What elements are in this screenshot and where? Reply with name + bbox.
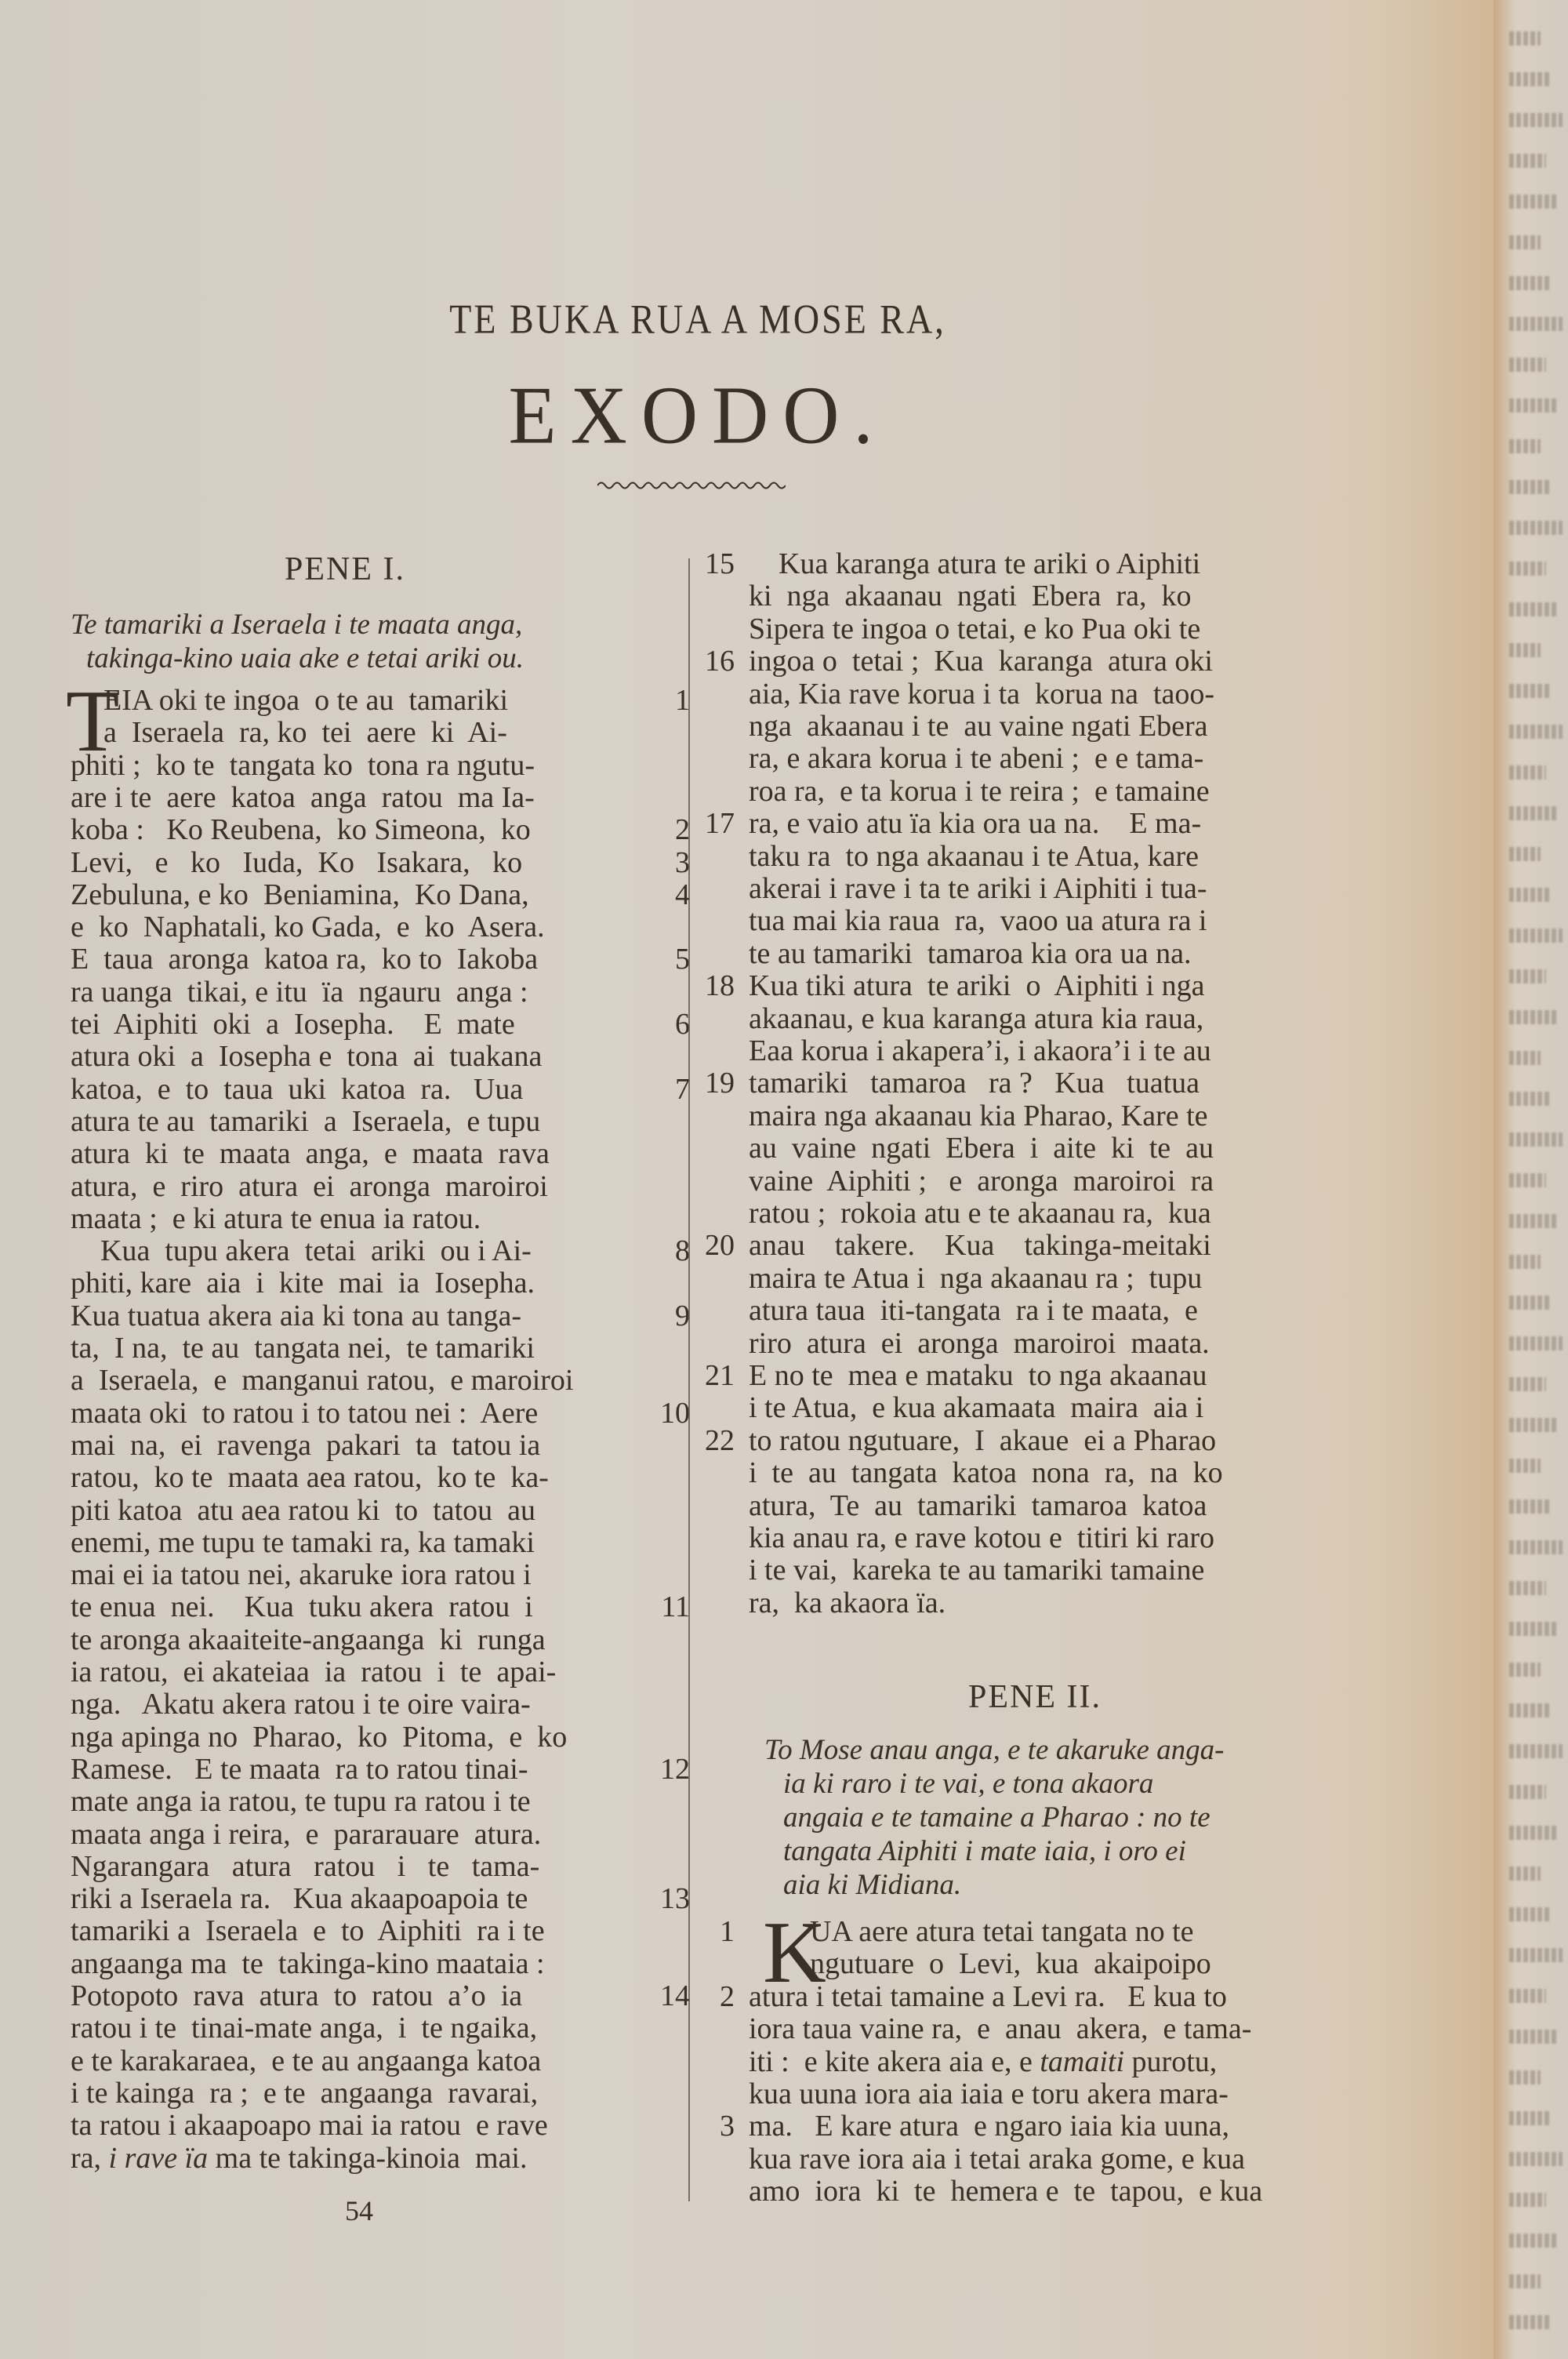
text-line: i te kainga ra ; e te angaanga ravarai, (71, 2077, 690, 2110)
verse-number: 12 (635, 1753, 690, 1787)
text-line: ngutuare o Levi, kua akaipoipo (810, 1947, 1429, 1981)
text-line: nga apinga no Pharao, ko Pitoma, e ko (71, 1721, 690, 1754)
text-line: Kua tiki atura te ariki o Aiphiti i nga (749, 969, 1368, 1003)
text-line: ta ratou i akaapoapo mai ia ratou e rave (71, 2109, 690, 2143)
adjacent-page-ghost-text (1509, 1214, 1557, 1228)
text-line: ia ratou, ei akateiaa ia ratou i te apai… (71, 1656, 690, 1689)
wavy-rule-ornament (597, 480, 786, 491)
text-line: tamariki a Iseraela e to Aiphiti ra i te (71, 1914, 690, 1948)
adjacent-page-ghost-text (1509, 806, 1557, 820)
adjacent-page-ghost-text (1509, 2070, 1541, 2085)
adjacent-page-ghost-text (1509, 684, 1552, 698)
text-line: ma. E kare atura e ngaro iaia kia uuna, (749, 2110, 1368, 2143)
adjacent-page-ghost-text (1509, 725, 1563, 739)
adjacent-page-ghost-text (1509, 643, 1541, 657)
adjacent-page-ghost-text (1509, 1540, 1563, 1554)
adjacent-page-ghost-text (1509, 1948, 1563, 1962)
adjacent-page-ghost-text (1509, 1989, 1546, 2003)
adjacent-page-ghost-text (1509, 317, 1563, 331)
text-line: atura, e riro atura ei aronga maroiroi (71, 1170, 690, 1204)
text-line: atura ki te maata anga, e maata rava (71, 1137, 690, 1171)
verse-number: 22 (680, 1424, 735, 1458)
text-line: Potopoto rava atura to ratou a’o ia (71, 1979, 690, 2013)
text-line: ratou i te tinai-mate anga, i te ngaika, (71, 2012, 690, 2045)
text-line: e ko Naphatali, ko Gada, e ko Asera. (71, 911, 690, 944)
text-line: angaanga ma te takinga-kino maataia : (71, 1947, 690, 1981)
text-line: roa ra, e ta korua i te reira ; e tamain… (749, 775, 1368, 809)
text-line: a Iseraela, e manganui ratou, e maroiroi (71, 1364, 690, 1398)
adjacent-page-edge (1494, 0, 1568, 2359)
text-line: Zebuluna, e ko Beniamina, Ko Dana, (71, 878, 690, 912)
text-line: tamariki tamaroa ra ? Kua tuatua (749, 1067, 1368, 1100)
adjacent-page-ghost-text (1509, 72, 1552, 86)
text-line: piti katoa atu aea ratou ki to tatou au (71, 1494, 690, 1528)
adjacent-page-ghost-text (1509, 2193, 1546, 2207)
text-line: atura te au tamariki a Iseraela, e tupu (71, 1105, 690, 1139)
text-line: mai na, ei ravenga pakari ta tatou ia (71, 1429, 690, 1463)
summary-line: ia ki raro i te vai, e tona akaora (764, 1767, 1224, 1801)
adjacent-page-ghost-text (1509, 2274, 1541, 2288)
adjacent-page-ghost-text (1509, 602, 1557, 616)
text-line: maata anga i reira, e pararauare atura. (71, 1818, 690, 1852)
adjacent-page-ghost-text (1509, 1418, 1557, 1432)
book-title: EXODO. (0, 368, 1396, 463)
adjacent-page-ghost-text (1509, 1866, 1541, 1881)
verse-number: 4 (635, 878, 690, 912)
text-line: Ramese. E te maata ra to ratou tinai- (71, 1753, 690, 1787)
text-line: maira nga akaanau kia Pharao, Kare te (749, 1100, 1368, 1133)
adjacent-page-ghost-text (1509, 1296, 1552, 1310)
summary-line: Te tamariki a Iseraela i te maata anga, (71, 608, 524, 642)
page-number: 54 (345, 2194, 373, 2227)
text-line: ki nga akaanau ngati Ebera ra, ko (749, 580, 1368, 613)
verse-number: 20 (680, 1229, 735, 1263)
text-line: kua rave iora aia i tetai araka gome, e … (749, 2143, 1368, 2176)
adjacent-page-ghost-text (1509, 929, 1563, 943)
text-line: are i te aere katoa anga ratou ma Ia- (71, 781, 690, 815)
adjacent-page-ghost-text (1509, 2152, 1563, 2166)
adjacent-page-ghost-text (1509, 358, 1546, 372)
adjacent-page-ghost-text (1509, 480, 1552, 494)
adjacent-page-ghost-text (1509, 1622, 1557, 1636)
summary-line: aia ki Midiana. (764, 1868, 1224, 1902)
verse-number: 3 (680, 2110, 735, 2143)
text-line: akerai i rave i ta te ariki i Aiphiti i … (749, 872, 1368, 906)
text-line: UA aere atura tetai tangata no te (810, 1915, 1429, 1949)
text-line: maira te Atua i nga akaanau ra ; tupu (749, 1262, 1368, 1296)
adjacent-page-ghost-text (1509, 888, 1552, 902)
adjacent-page-ghost-text (1509, 1663, 1541, 1677)
adjacent-page-ghost-text (1509, 1377, 1546, 1391)
text-line: nga. Akatu akera ratou i te oire vaira- (71, 1688, 690, 1721)
summary-line: tangata Aiphiti i mate iaia, i oro ei (764, 1834, 1224, 1868)
verse-number: 17 (680, 807, 735, 841)
text-line: to ratou ngutuare, I akaue ei a Pharao (749, 1424, 1368, 1458)
text-line: vaine Aiphiti ; e aronga maroiroi ra (749, 1165, 1368, 1198)
text-line: anau takere. Kua takinga-meitaki (749, 1229, 1368, 1263)
text-line: iti : e kite akera aia e, e tamaiti puro… (749, 2045, 1368, 2079)
text-line: iora taua vaine ra, e anau akera, e tama… (749, 2012, 1368, 2046)
verse-number: 15 (680, 547, 735, 581)
text-line: ta, I na, te au tangata nei, te tamariki (71, 1332, 690, 1365)
adjacent-page-ghost-text (1509, 1173, 1546, 1187)
summary-line: takinga-kino uaia ake e tetai ariki ou. (71, 642, 524, 675)
text-line: Sipera te ingoa o tetai, e ko Pua oki te (749, 612, 1368, 646)
adjacent-page-ghost-text (1509, 969, 1546, 983)
text-line: mate anga ia ratou, te tupu ra ratou i t… (71, 1785, 690, 1819)
chapter-summary-1: Te tamariki a Iseraela i te maata anga, … (71, 608, 524, 675)
text-line: enemi, me tupu te tamaki ra, ka tamaki (71, 1526, 690, 1560)
text-line: te au tamariki tamaroa kia ora ua na. (749, 937, 1368, 971)
text-line: aia, Kia rave korua i ta korua na taoo- (749, 678, 1368, 711)
adjacent-page-ghost-text (1509, 113, 1563, 127)
text-line: ra uanga tikai, e itu ïa ngauru anga : (71, 976, 690, 1009)
verse-number: 13 (635, 1882, 690, 1916)
verse-number: 1 (680, 1915, 735, 1949)
adjacent-page-ghost-text (1509, 2111, 1552, 2125)
text-line: taku ra to nga akaanau i te Atua, kare (749, 840, 1368, 874)
text-line: ra, e vaio atu ïa kia ora ua na. E ma- (749, 807, 1368, 841)
text-line: phiti ; ko te tangata ko tona ra ngutu- (71, 749, 690, 783)
text-line: kia anau ra, e rave kotou e titiri ki ra… (749, 1521, 1368, 1555)
text-line: ra, e akara korua i te abeni ; e e tama- (749, 742, 1368, 776)
book-page: TE BUKA RUA A MOSE RA, EXODO. PENE I. Te… (0, 0, 1494, 2359)
text-line: te aronga akaaiteite-angaanga ki runga (71, 1623, 690, 1657)
text-line: atura oki a Iosepha e tona ai tuakana (71, 1040, 690, 1074)
adjacent-page-ghost-text (1509, 1459, 1541, 1473)
summary-line: To Mose anau anga, e te akaruke anga- (764, 1733, 1224, 1767)
text-line: Levi, e ko Iuda, Ko Isakara, ko (71, 846, 690, 880)
adjacent-page-ghost-text (1509, 276, 1552, 290)
text-line: ratou ; rokoia atu e te akaanau ra, kua (749, 1197, 1368, 1230)
text-line: au vaine ngati Ebera i aite ki te au (749, 1132, 1368, 1165)
text-line: maata ; e ki atura te enua ia ratou. (71, 1202, 690, 1236)
text-line: Kua karanga atura te ariki o Aiphiti (749, 547, 1368, 581)
adjacent-page-ghost-text (1509, 2234, 1557, 2248)
adjacent-page-ghost-text (1509, 1092, 1552, 1106)
adjacent-page-ghost-text (1509, 194, 1557, 209)
text-line: Kua tupu akera tetai ariki ou i Ai- (71, 1234, 690, 1268)
summary-line: angaia e te tamaine a Pharao : no te (764, 1801, 1224, 1834)
verse-number: 2 (680, 1980, 735, 2014)
text-line: te enua nei. Kua tuku akera ratou i (71, 1590, 690, 1624)
verse-number: 6 (635, 1008, 690, 1041)
text-line: katoa, e to taua uki katoa ra. Uua (71, 1073, 690, 1107)
verse-number: 11 (635, 1590, 690, 1624)
adjacent-page-ghost-text (1509, 398, 1557, 413)
adjacent-page-ghost-text (1509, 521, 1563, 535)
text-line: Kua tuatua akera aia ki tona au tanga- (71, 1299, 690, 1333)
adjacent-page-ghost-text (1509, 847, 1541, 861)
text-line: riki a Iseraela ra. Kua akaapoapoia te (71, 1882, 690, 1916)
text-line: ratou, ko te maata aea ratou, ko te ka- (71, 1461, 690, 1495)
text-line: Ngarangara atura ratou i te tama- (71, 1850, 690, 1884)
text-line: i te au tangata katoa nona ra, na ko (749, 1456, 1368, 1490)
text-line: ingoa o tetai ; Kua karanga atura oki (749, 645, 1368, 678)
text-line: i te Atua, e kua akamaata maira aia i (749, 1391, 1368, 1425)
chapter-heading-1: PENE I. (71, 551, 619, 588)
adjacent-page-ghost-text (1509, 1255, 1541, 1269)
text-line: maata oki to ratou i to tatou nei : Aere (71, 1397, 690, 1430)
text-line: koba : Ko Reubena, ko Simeona, ko (71, 813, 690, 847)
text-line: Eaa korua i akapera’i, i akaora’i i te a… (749, 1034, 1368, 1068)
text-line: phiti, kare aia i kite mai ia Iosepha. (71, 1267, 690, 1300)
adjacent-page-ghost-text (1509, 1907, 1552, 1921)
text-line: tua mai kia raua ra, vaoo ua atura ra i (749, 904, 1368, 938)
adjacent-page-ghost-text (1509, 562, 1546, 576)
text-line: a Iseraela ra, ko tei aere ki Ai- (103, 716, 723, 750)
adjacent-page-ghost-text (1509, 1581, 1546, 1595)
text-line: atura taua iti-tangata ra i te maata, e (749, 1294, 1368, 1328)
text-line: tei Aiphiti oki a Iosepha. E mate (71, 1008, 690, 1041)
text-line: nga akaanau i te au vaine ngati Ebera (749, 710, 1368, 743)
text-line: ra, i rave ïa ma te takinga-kinoia mai. (71, 2142, 690, 2175)
verse-number: 16 (680, 645, 735, 678)
text-line: atura, Te au tamariki tamaroa katoa (749, 1489, 1368, 1523)
verse-number: 18 (680, 969, 735, 1003)
verse-number: 9 (635, 1299, 690, 1333)
text-line: E no te mea e mataku to nga akaanau (749, 1359, 1368, 1393)
text-line: E taua aronga katoa ra, ko to Iakoba (71, 943, 690, 976)
chapter-heading-2: PENE II. (764, 1678, 1305, 1716)
adjacent-page-ghost-text (1509, 1132, 1563, 1147)
adjacent-page-ghost-text (1509, 1826, 1557, 1840)
text-line: ra, ka akaora ïa. (749, 1587, 1368, 1620)
adjacent-page-ghost-text (1509, 765, 1546, 780)
text-line: mai ei ia tatou nei, akaruke iora ratou … (71, 1558, 690, 1592)
running-title: TE BUKA RUA A MOSE RA, (0, 295, 1396, 343)
text-line: EIA oki te ingoa o te au tamariki (103, 684, 723, 718)
text-line: kua uuna iora aia iaia e toru akera mara… (749, 2077, 1368, 2111)
chapter-summary-2: To Mose anau anga, e te akaruke anga- ia… (764, 1733, 1224, 1902)
adjacent-page-ghost-text (1509, 2030, 1557, 2044)
text-line: atura i tetai tamaine a Levi ra. E kua t… (749, 1980, 1368, 2014)
adjacent-page-ghost-text (1509, 31, 1541, 45)
verse-number: 3 (635, 846, 690, 880)
text-line: akaanau, e kua karanga atura kia raua, (749, 1002, 1368, 1036)
adjacent-page-ghost-text (1509, 154, 1546, 168)
adjacent-page-ghost-text (1509, 1744, 1563, 1758)
text-line: e te karakaraea, e te au angaanga katoa (71, 2045, 690, 2078)
text-line: riro atura ei aronga maroiroi maata. (749, 1327, 1368, 1361)
adjacent-page-ghost-text (1509, 1499, 1552, 1514)
adjacent-page-ghost-text (1509, 1785, 1546, 1799)
adjacent-page-ghost-text (1509, 235, 1541, 249)
text-line: amo iora ki te hemera e te tapou, e kua (749, 2175, 1368, 2208)
verse-number: 1 (635, 684, 690, 718)
verse-number: 19 (680, 1067, 735, 1100)
adjacent-page-ghost-text (1509, 2315, 1552, 2329)
adjacent-page-ghost-text (1509, 1336, 1563, 1350)
verse-number: 21 (680, 1359, 735, 1393)
adjacent-page-ghost-text (1509, 439, 1541, 453)
adjacent-page-ghost-text (1509, 1051, 1541, 1065)
adjacent-page-ghost-text (1509, 1010, 1557, 1024)
text-line: i te vai, kareka te au tamariki tamaine (749, 1554, 1368, 1587)
adjacent-page-ghost-text (1509, 1703, 1552, 1717)
